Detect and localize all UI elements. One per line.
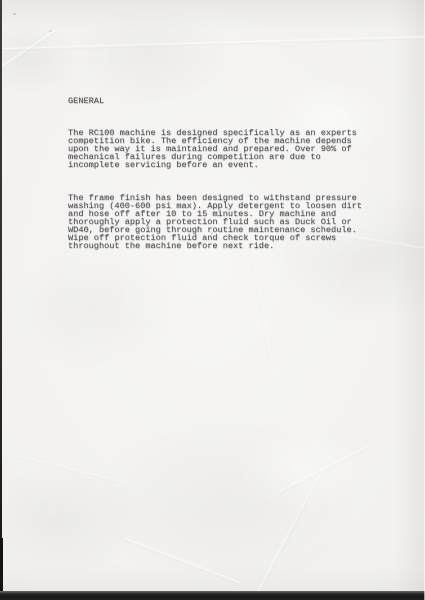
paper-background: GENERAL The RC100 machine is designed sp… — [0, 0, 425, 600]
scanner-edge-left — [0, 0, 2, 600]
paper-crease — [0, 28, 59, 78]
section-heading: GENERAL — [68, 97, 362, 105]
scan-speck — [13, 13, 16, 15]
document-text-block: GENERAL The RC100 machine is designed sp… — [68, 81, 362, 275]
scan-speck — [49, 30, 52, 32]
paper-crease — [256, 473, 322, 594]
scanner-edge-bottom — [0, 591, 425, 600]
paragraph-general: The RC100 machine is designed specifical… — [68, 129, 362, 169]
scanned-page: GENERAL The RC100 machine is designed sp… — [0, 0, 425, 600]
paper-crease — [277, 444, 372, 494]
paper-crease — [0, 36, 425, 51]
paper-crease — [11, 454, 128, 486]
paper-crease — [124, 538, 242, 586]
paragraph-frame-finish: The frame finish has been designed to wi… — [68, 194, 362, 250]
scanner-edge-mark — [0, 538, 3, 594]
